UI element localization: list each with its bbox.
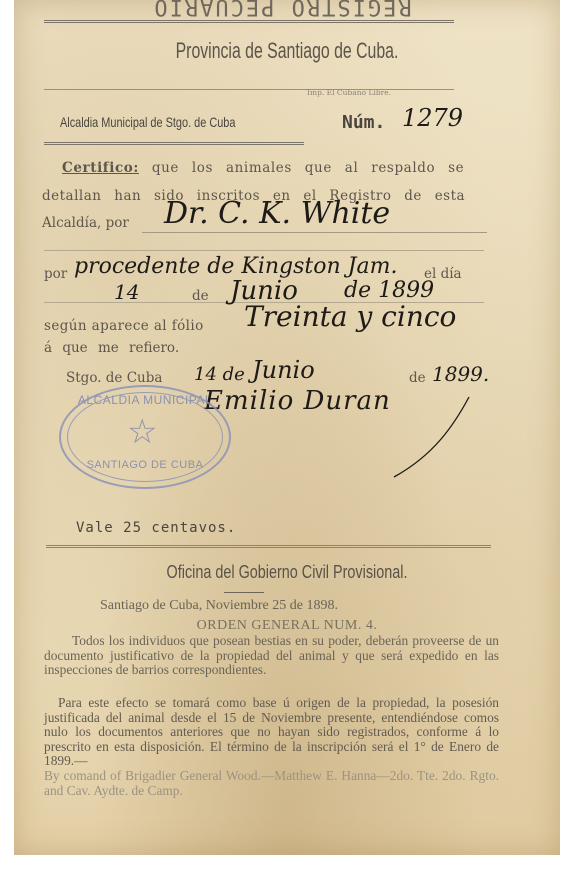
line-rule-4a	[44, 250, 484, 251]
order-office-title: Oficina del Gobierno Civil Provisional.	[69, 562, 506, 583]
de-label: de	[192, 288, 209, 304]
order-paragraph-2: Para este efecto se tomará como base ú o…	[44, 696, 499, 769]
place-label: Stgo. de Cuba	[66, 370, 162, 386]
day-handwritten: 14	[114, 280, 139, 304]
certificate-line-7: á que me refiero.	[44, 340, 179, 356]
title-rule	[44, 89, 454, 90]
reversed-header: REGISTRO PECUARIO	[92, 0, 472, 19]
registrant-rule	[142, 232, 487, 233]
province-title: Provincia de Santiago de Cuba.	[90, 38, 483, 64]
certificate-document: REGISTRO PECUARIO Provincia de Santiago …	[14, 0, 560, 855]
printer-credit: Imp. El Cubano Libre.	[307, 88, 391, 97]
order-paragraph-1: Todos los individuos que posean bestias …	[44, 634, 499, 678]
certificate-text: que los animales que al respaldo se	[152, 160, 464, 176]
header-rule	[44, 20, 454, 23]
office-rule	[44, 142, 304, 145]
certificate-line-4-prefix: por	[44, 266, 67, 282]
number-label: Núm.	[342, 112, 385, 133]
signature-flourish	[374, 395, 484, 485]
certificate-line-3: Alcaldía, por	[42, 215, 129, 231]
certificate-line-6: según aparece al fólio	[44, 318, 204, 334]
municipal-stamp: ALCALDIA MUNICIPAL ☆ SANTIAGO DE CUBA	[59, 385, 231, 489]
sign-year-prefix: de	[409, 370, 426, 386]
stamp-top-text: ALCALDIA MUNICIPAL	[77, 393, 213, 407]
order-title: ORDEN GENERAL NUM. 4.	[14, 618, 560, 634]
stamp-bottom-text: SANTIAGO DE CUBA	[77, 459, 213, 471]
certificate-number: 1279	[402, 104, 463, 132]
office-line: Alcaldia Municipal de Stgo. de Cuba	[60, 114, 294, 130]
official-signature: Emilio Duran	[204, 386, 391, 416]
section-rule	[46, 545, 491, 548]
folio-handwritten: Treinta y cinco	[244, 300, 456, 333]
certificate-line-1: Certifico: que los animales que al respa…	[62, 160, 464, 176]
order-dateline: Santiago de Cuba, Noviembre 25 de 1898.	[100, 598, 338, 614]
order-title-rule	[224, 592, 264, 593]
value-line: Vale 25 centavos.	[76, 520, 236, 536]
sign-year-handwritten: 1899.	[432, 362, 489, 386]
sign-month-handwritten: Junio	[252, 356, 315, 384]
order-signoff: By comand of Brigadier General Wood.—Mat…	[44, 769, 499, 798]
sign-day-handwritten: 14 de	[194, 364, 245, 385]
certifico-label: Certifico:	[62, 160, 139, 176]
star-icon: ☆	[127, 415, 157, 449]
registrant-name: Dr. C. K. White	[164, 196, 390, 231]
